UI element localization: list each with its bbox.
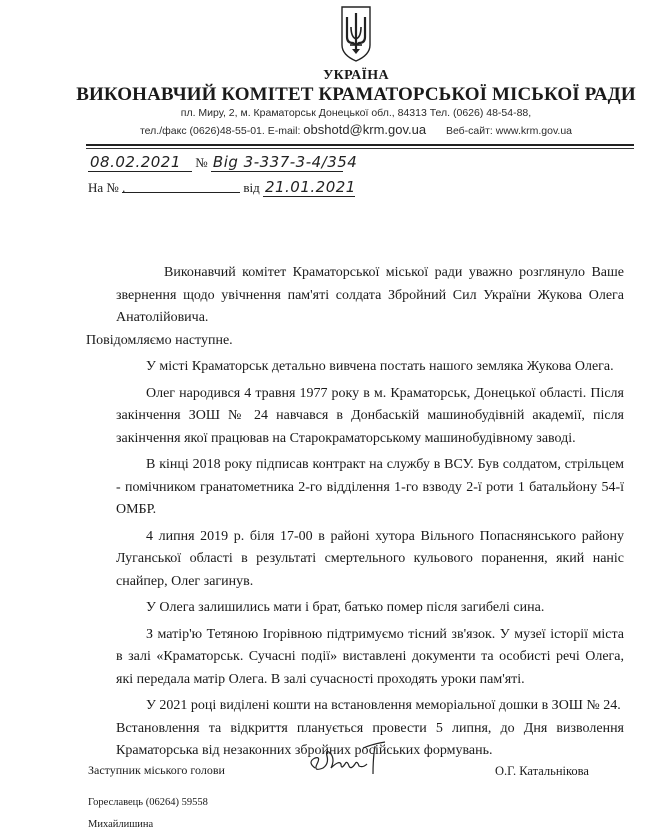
signatory-name: О.Г. Катальнікова <box>495 764 589 779</box>
official-letter: УКРАЇНА ВИКОНАВЧИЙ КОМІТЕТ КРАМАТОРСЬКОЇ… <box>0 0 650 835</box>
paragraph-notice: Повідомляємо наступне. <box>86 330 624 353</box>
number-label: № <box>195 155 207 170</box>
signatory-title: Заступник міського голови <box>88 763 225 778</box>
registration-date: 08.02.2021 <box>88 153 192 172</box>
paragraph-funding: У 2021 році виділені кошти на встановлен… <box>116 695 624 718</box>
reply-date: 21.01.2021 <box>263 178 355 197</box>
paragraph-death: 4 липня 2019 р. біля 17-00 в районі хуто… <box>116 526 624 594</box>
letter-body: Виконавчий комітет Краматорської міської… <box>116 262 624 763</box>
website-label: Веб-сайт: www.krm.gov.ua <box>446 125 572 137</box>
trident-coat-of-arms-icon <box>339 5 373 63</box>
registration-line: 08.02.2021 № Віg 3-337-3-4/354 <box>88 153 343 172</box>
paragraph-service: В кінці 2018 року підписав контракт на с… <box>116 454 624 522</box>
fax-label: тел./факс (0626)48-55-01. E-mail: <box>140 125 300 137</box>
executor-line-2: Михайлишина <box>88 819 153 830</box>
paragraph-study: У місті Краматорськ детально вивчена пос… <box>116 356 624 379</box>
email-link[interactable]: obshotd@krm.gov.ua <box>303 122 426 137</box>
reply-label: На № <box>88 180 119 195</box>
header-divider-thick <box>86 144 634 146</box>
paragraph-intro: Виконавчий комітет Краматорської міської… <box>116 262 624 330</box>
paragraph-biography: Олег народився 4 травня 1977 року в м. К… <box>116 383 624 451</box>
handwritten-signature-icon <box>305 738 387 780</box>
header-divider-thin <box>86 148 634 149</box>
paragraph-family: У Олега залишились мати і брат, батько п… <box>116 597 624 620</box>
organization-heading: ВИКОНАВЧИЙ КОМІТЕТ КРАМАТОРСЬКОЇ МІСЬКОЇ… <box>0 84 650 106</box>
executor-line-1: Гореславець (06264) 59558 <box>88 797 208 808</box>
country-heading: УКРАЇНА <box>0 68 650 84</box>
reply-from-label: від <box>243 180 259 195</box>
paragraph-museum: З матір'ю Тетяною Ігорівною підтримуємо … <box>116 624 624 692</box>
reply-number: . <box>122 180 240 193</box>
contact-line: тел./факс (0626)48-55-01. E-mail: obshot… <box>0 122 650 137</box>
reply-line: На № . від 21.01.2021 <box>88 178 355 197</box>
registration-number: Віg 3-337-3-4/354 <box>211 153 343 172</box>
address-line: пл. Миру, 2, м. Краматорськ Донецької об… <box>0 107 650 119</box>
